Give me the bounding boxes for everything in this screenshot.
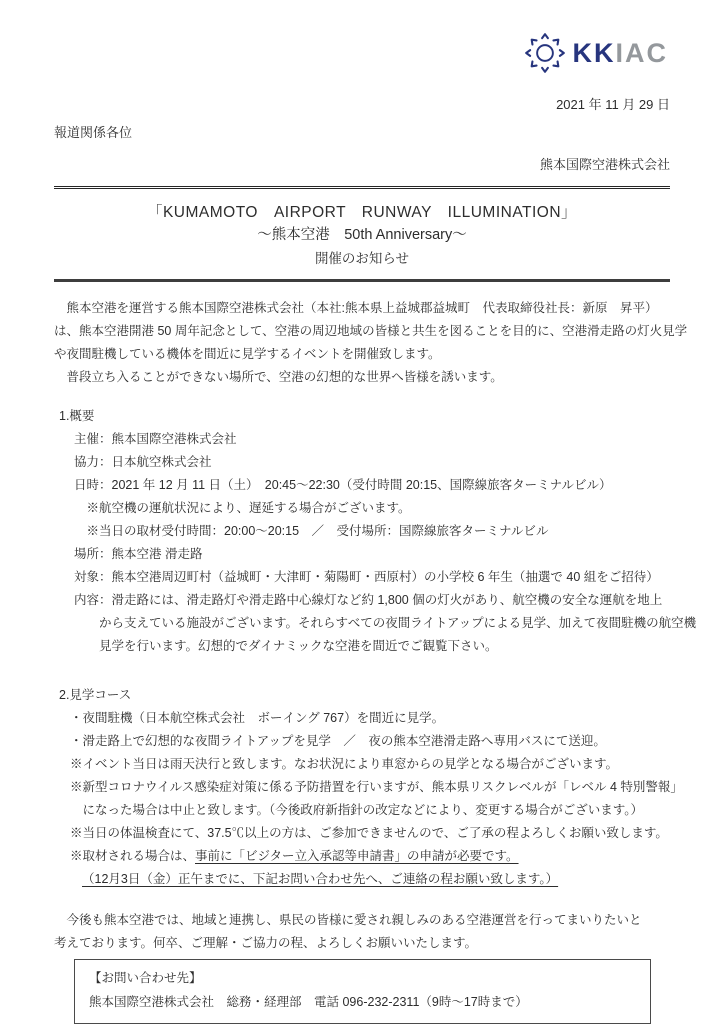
media-notes: ※取材される場合は、事前に「ビジター立入承認等申請書」の申請が必要です。 （12… (70, 845, 670, 891)
text-line: 見学を行います。幻想的でダイナミックな空港を間近でご観覧下さい。 (74, 635, 670, 658)
contact-heading: 【お問い合わせ先】 (89, 966, 640, 990)
section1-heading: 1.概要 (59, 405, 670, 428)
text-line: ・滑走路上で幻想的な夜間ライトアップを見学 ／ 夜の熊本空港滑走路へ専用バスにて… (70, 730, 670, 753)
intro-paragraph: 熊本空港を運営する熊本国際空港株式会社（本社:熊本県上益城郡益城町 代表取締役社… (54, 297, 670, 389)
double-rule (54, 186, 670, 189)
text-line: 協力：日本航空株式会社 (74, 451, 670, 474)
text-line: 普段立ち入ることができない場所で、空港の幻想的な世界へ皆様を誘います。 (54, 366, 670, 389)
title-block: 「KUMAMOTO AIRPORT RUNWAY ILLUMINATION」 ～… (54, 201, 670, 270)
text-line: ※新型コロナウイルス感染症対策に係る予防措置を行いますが、熊本県リスクレベルが「… (70, 776, 670, 799)
press-release-page: KKIAC 2021 年 11 月 29 日 報道関係各位 熊本国際空港株式会社… (0, 0, 724, 1024)
text-line: 熊本空港を運営する熊本国際空港株式会社（本社:熊本県上益城郡益城町 代表取締役社… (54, 297, 670, 320)
media-note-underlined: 事前に「ビジター立入承認等申請書」の申請が必要です。 (195, 849, 519, 863)
text-line: や夜間駐機している機体を間近に見学するイベントを開催致します。 (54, 343, 670, 366)
media-note-line: ※取材される場合は、事前に「ビジター立入承認等申請書」の申請が必要です。 (70, 845, 670, 868)
text-line: ※イベント当日は雨天決行と致します。なお状況により車窓からの見学となる場合がござ… (70, 753, 670, 776)
media-note-prefix: ※取材される場合は、 (70, 849, 195, 863)
section2-body: ・夜間駐機（日本航空株式会社 ボーイング 767）を間近に見学。・滑走路上で幻想… (70, 707, 670, 845)
text-line: 対象：熊本空港周辺町村（益城町・大津町・菊陽町・西原村）の小学校 6 年生（抽選… (74, 566, 670, 589)
text-line: 考えております。何卒、ご理解・ご協力の程、よろしくお願いいたします。 (54, 932, 670, 955)
kkiac-wordmark: KKIAC (573, 40, 669, 67)
release-date: 2021 年 11 月 29 日 (54, 96, 670, 114)
text-line: ※当日の取材受付時間：20:00～20:15 ／ 受付場所：国際線旅客ターミナル… (74, 520, 670, 543)
contact-detail: 熊本国際空港株式会社 総務・経理部 電話 096-232-2311（9時～17時… (89, 990, 640, 1014)
text-line: から支えている施設がございます。それらすべての夜間ライトアップによる見学、加えて… (74, 612, 670, 635)
text-line: ・夜間駐機（日本航空株式会社 ボーイング 767）を間近に見学。 (70, 707, 670, 730)
text-line: ※当日の体温検査にて、37.5℃以上の方は、ご参加できませんので、ご了承の程よろ… (70, 822, 670, 845)
title-line-anniversary: ～熊本空港 50th Anniversary～ (54, 224, 670, 247)
section2-heading: 2.見学コース (59, 684, 670, 707)
text-line: 内容：滑走路には、滑走路灯や滑走路中心線灯など約 1,800 個の灯火があり、航… (74, 589, 670, 612)
text-line: ※航空機の運航状況により、遅延する場合がございます。 (74, 497, 670, 520)
single-rule (54, 279, 670, 282)
kkiac-logo: KKIAC (524, 32, 669, 74)
kkiac-emblem-icon (524, 32, 566, 74)
section1-body: 主催：熊本国際空港株式会社協力：日本航空株式会社日時：2021 年 12 月 1… (74, 428, 670, 658)
text-line: 今後も熊本空港では、地域と連携し、県民の皆様に愛され親しみのある空港運営を行って… (54, 909, 670, 932)
issuer-company: 熊本国際空港株式会社 (54, 156, 670, 174)
title-line-announce: 開催のお知らせ (54, 247, 670, 270)
text-line: 日時：2021 年 12 月 11 日（土） 20:45～22:30（受付時間 … (74, 474, 670, 497)
text-line: 主催：熊本国際空港株式会社 (74, 428, 670, 451)
document-content: 2021 年 11 月 29 日 報道関係各位 熊本国際空港株式会社 「KUMA… (0, 96, 724, 1024)
wordmark-kk: KK (573, 38, 616, 68)
wordmark-iac: IAC (616, 38, 669, 68)
text-line: 場所：熊本空港 滑走路 (74, 543, 670, 566)
media-deadline-line: （12月3日（金）正午までに、下記お問い合わせ先へ、ご連絡の程お願い致します。） (82, 868, 670, 891)
title-line-english: 「KUMAMOTO AIRPORT RUNWAY ILLUMINATION」 (54, 201, 670, 224)
closing-paragraph: 今後も熊本空港では、地域と連携し、県民の皆様に愛され親しみのある空港運営を行って… (54, 909, 670, 955)
text-line: になった場合は中止と致します。（今後政府新指針の改定などにより、変更する場合がご… (70, 799, 670, 822)
contact-box: 【お問い合わせ先】 熊本国際空港株式会社 総務・経理部 電話 096-232-2… (74, 959, 651, 1024)
text-line: は、熊本空港開港 50 周年記念として、空港の周辺地域の皆様と共生を図ることを目… (54, 320, 670, 343)
recipient-line: 報道関係各位 (54, 124, 670, 142)
